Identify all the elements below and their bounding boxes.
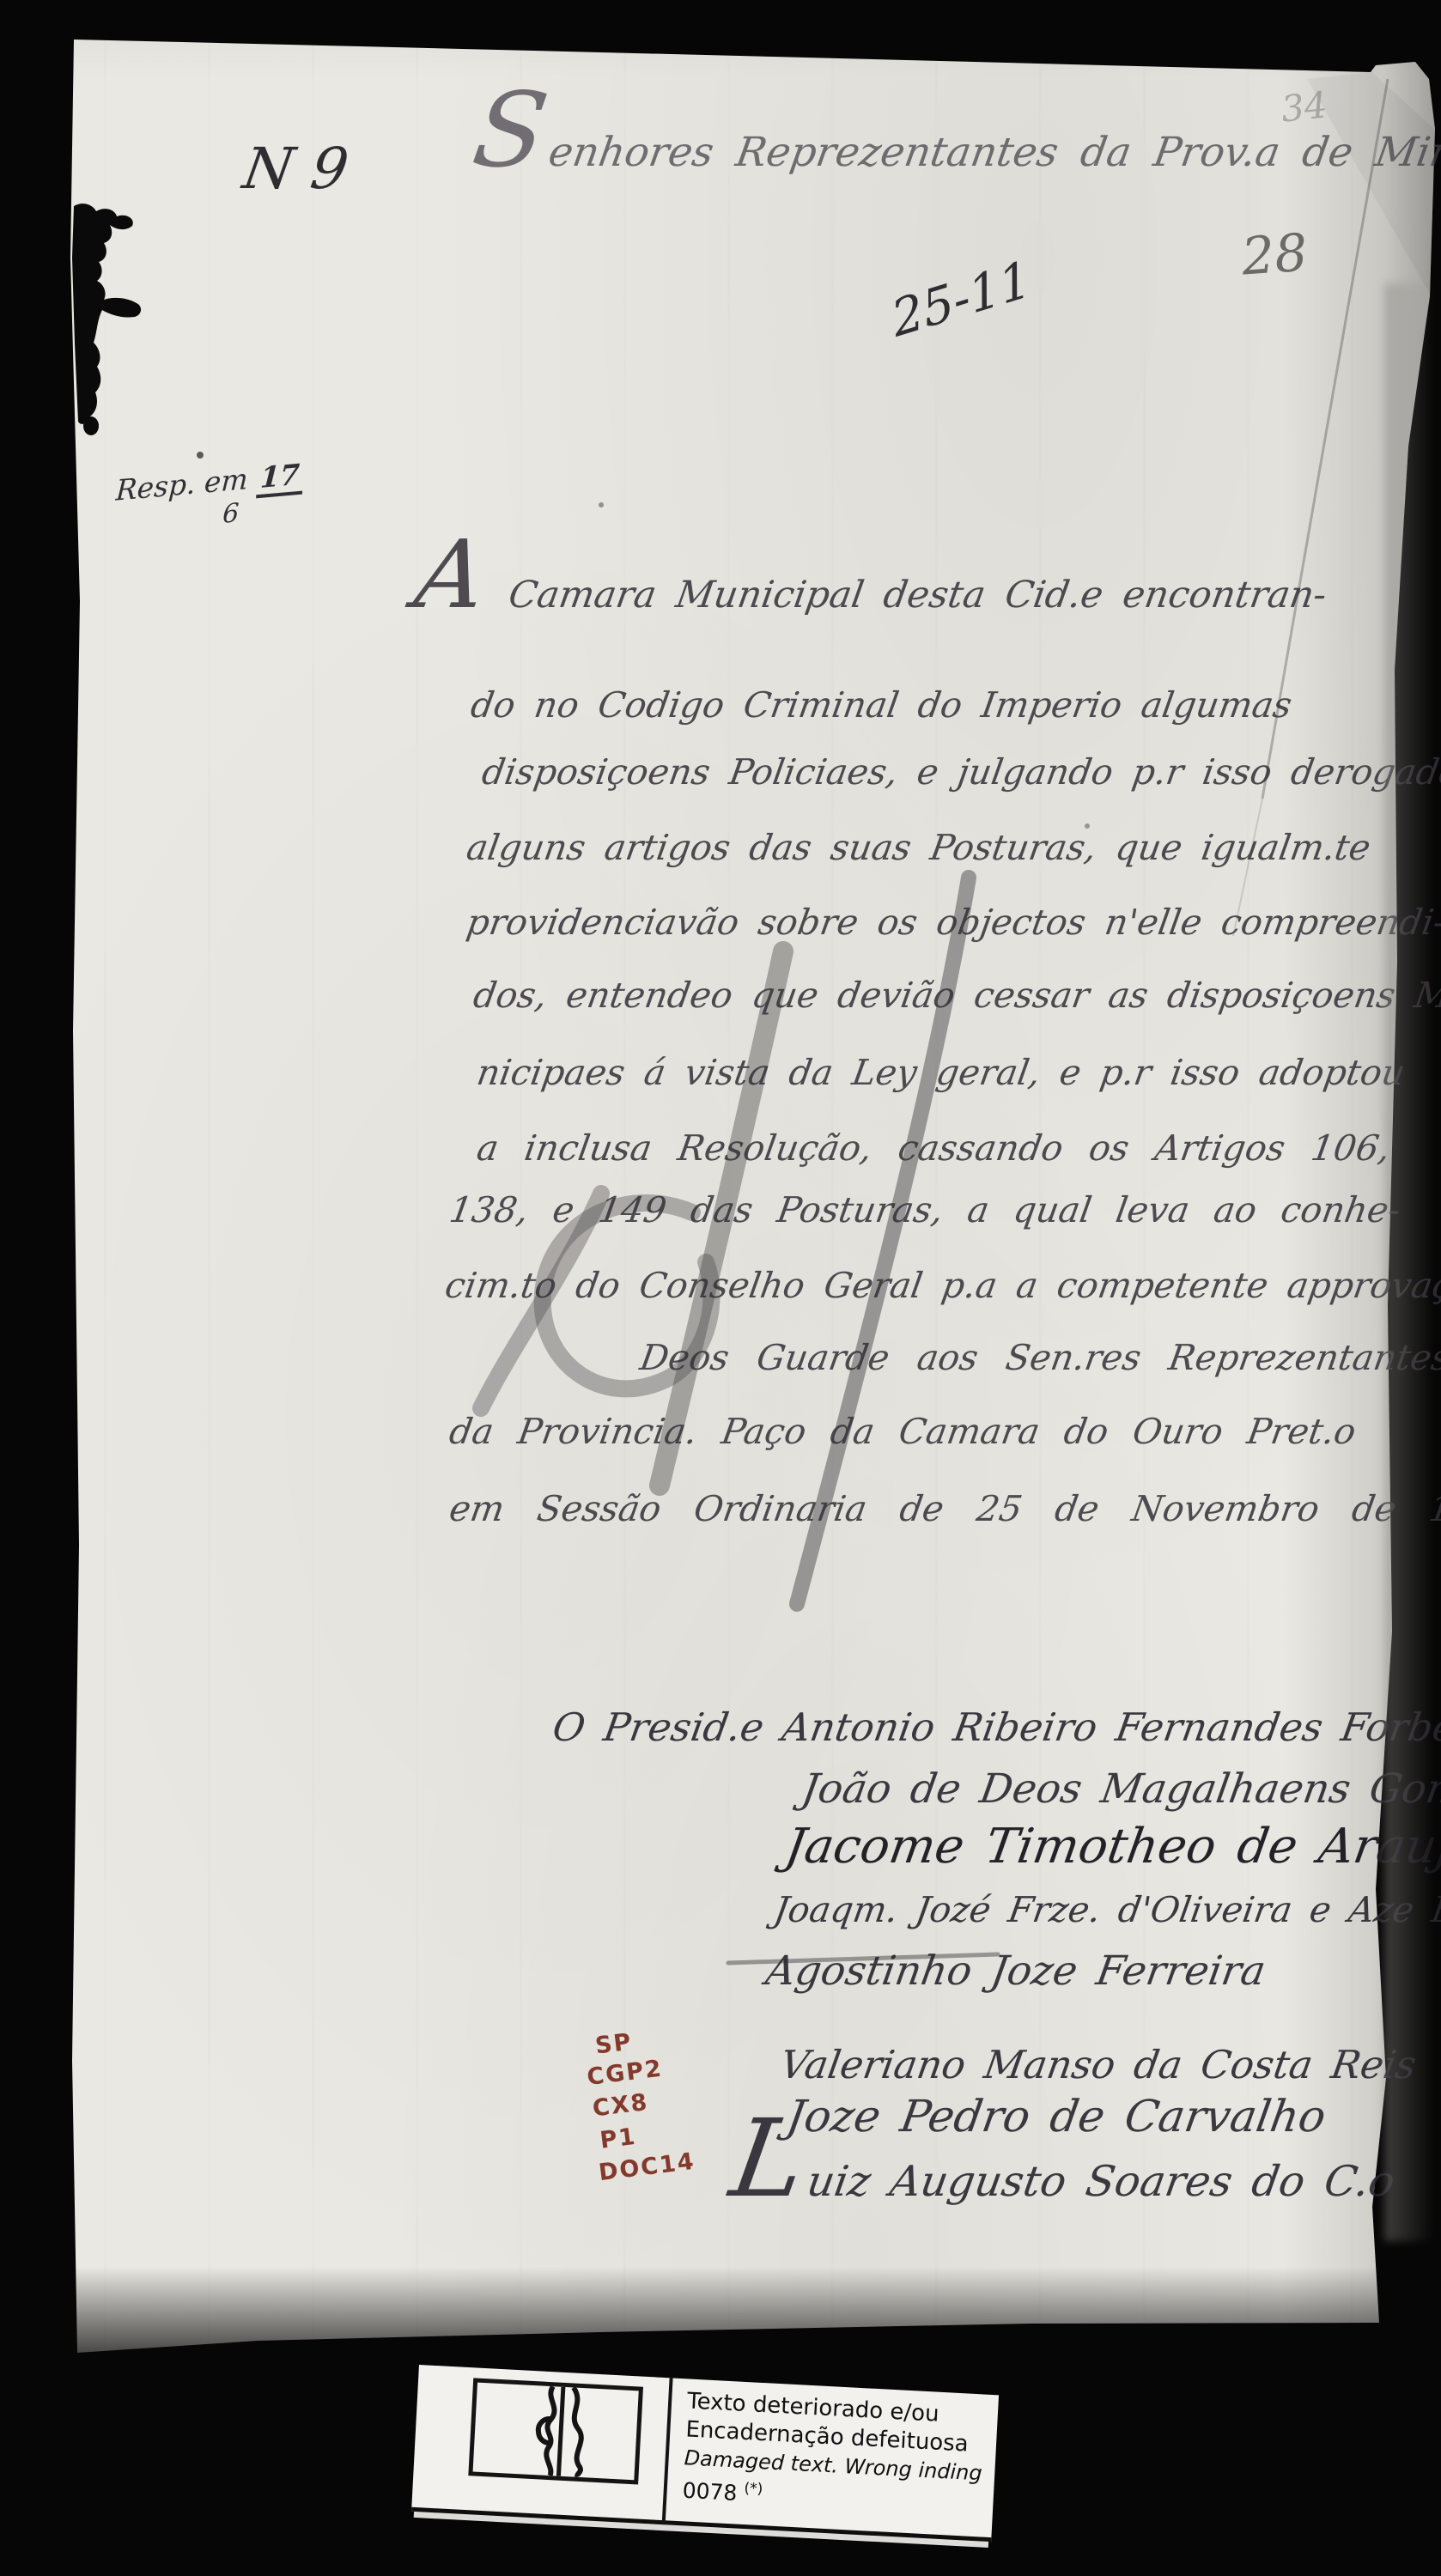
body-line: A Camara Municipal desta Cid.e encontran… — [410, 574, 1329, 617]
page-edge-shadow — [1384, 283, 1434, 2241]
archival-mark-p: P1 — [599, 2117, 693, 2154]
page-number: 28 — [1240, 222, 1310, 287]
archival-mark-cx: CX8 — [591, 2084, 689, 2122]
body-line: dos, entendeo que devião cessar as dispo… — [471, 975, 1441, 1016]
condition-label: Texto deteriorado e/ou Encadernação defe… — [411, 2365, 999, 2542]
signature: João de Deos Magalhaens Gomes — [799, 1765, 1441, 1813]
signature: Luiz Augusto Soares do C.o — [726, 2157, 1398, 2206]
body-line: providenciavão sobre os objectos n'elle … — [464, 902, 1441, 943]
body-line: alguns artigos das suas Posturas, que ig… — [464, 827, 1373, 868]
signature: Agostinho Joze Ferreira — [763, 1947, 1269, 1995]
ink-blotch — [72, 204, 141, 424]
body-line: disposiçoens Policiaes, e julgando p.r i… — [479, 751, 1441, 793]
body-line: Deos Guarde aos Sen.res Reprezentantes — [637, 1337, 1441, 1378]
ink-drip — [83, 416, 99, 435]
page-number-light: 34 — [1280, 83, 1329, 130]
archival-marks: SP CGP2 CX8 P1 DOC14 — [582, 2023, 697, 2186]
scanned-document-screenshot: { "document": { "doc_number": "N 9", "sa… — [0, 0, 1441, 2576]
salutation-line: Senhores Reprezentantes da Prov.a de Min… — [468, 129, 1441, 176]
ink-speck — [197, 452, 204, 459]
body-line: a inclusa Resolução, cassando os Artigos… — [474, 1127, 1393, 1169]
body-line: do no Codigo Criminal do Imperio algumas — [468, 684, 1295, 726]
label-divider — [662, 2378, 673, 2524]
response-annotation-day: 17 — [256, 457, 304, 498]
bottom-shadow — [60, 2267, 1400, 2379]
signature: Joaqm. Jozé Frze. d'Oliveira e Aze Bitta — [771, 1889, 1441, 1930]
body-line: em Sessão Ordinaria de 25 de Novembro de… — [447, 1488, 1441, 1529]
ink-speck — [599, 502, 604, 507]
signature: Jacome Timotheo de Araujo — [781, 1819, 1441, 1874]
body-line: da Provincia. Paço da Camara do Ouro Pre… — [447, 1411, 1359, 1452]
document-number: N 9 — [239, 136, 353, 202]
damaged-book-icon — [468, 2378, 643, 2484]
body-line: nicipaes á vista da Ley geral, e p.r iss… — [474, 1052, 1408, 1093]
body-line: cim.to do Conselho Geral p.a a competent… — [442, 1265, 1441, 1306]
body-line: 138, e 149 das Posturas, a qual leva ao … — [447, 1189, 1403, 1230]
label-number-value: 0078 — [682, 2478, 738, 2506]
label-number-footnote-mark: (*) — [744, 2480, 763, 2498]
signature: Joze Pedro de Carvalho — [783, 2092, 1329, 2142]
signature: Valeriano Manso da Costa Reis — [777, 2042, 1420, 2087]
signature: O Presid.e Antonio Ribeiro Fernandes For… — [550, 1704, 1441, 1750]
